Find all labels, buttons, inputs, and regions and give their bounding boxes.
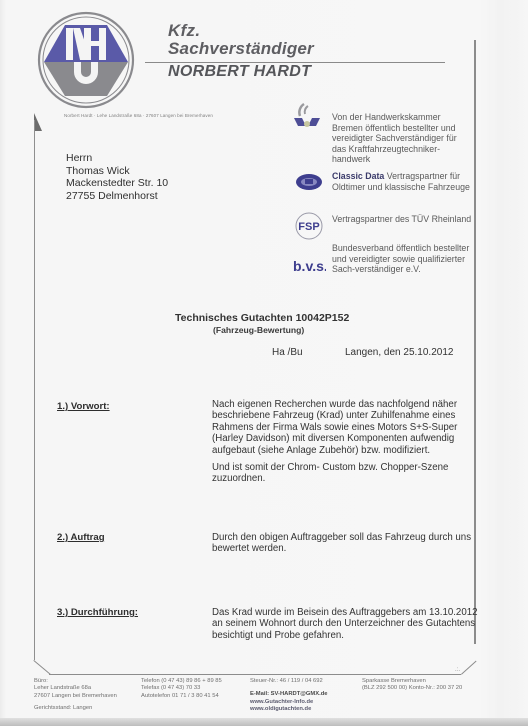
svg-text:FSP: FSP [298,221,319,233]
frame-wedge [34,113,42,131]
nh-logo-icon [28,10,148,110]
section-label-auftrag: 2.) Auftrag [57,532,105,543]
footer-phone: Telefon (0 47 43) 89 86 + 89 85 Telefax … [141,678,222,700]
corner-dots: .:. [455,667,460,673]
document-place-date: Langen, den 25.10.2012 [345,347,453,358]
brand-divider [145,62,445,63]
frame-corner-bottom-right [461,661,477,675]
frame-bottom-line [49,674,461,675]
section-body-auftrag: Durch den obigen Auftraggeber soll das F… [212,532,482,561]
section-body-durchfuehrung: Das Krad wurde im Beisein des Auftraggeb… [212,607,482,647]
document-title: Technisches Gutachten 10042P152 [175,312,349,324]
footer-address: Büro: Leher Landstraße 68a 27607 Langen … [34,678,117,712]
fsp-icon: FSP [290,212,326,242]
credential-bold: Classic Data [332,171,384,181]
sender-return-address: Norbert Hardt · Lehe Landstraße 68a · 27… [64,113,213,118]
page-edge-shadow [0,718,528,726]
brand-kfz: Kfz. [168,22,314,39]
footer-bank: Sparkasse Bremerhaven (BLZ 292 500 00) K… [362,678,462,693]
footer-contact: Steuer-Nr.: 46 / 119 / 04 692 E-Mail: SV… [250,678,327,713]
credential-text: Vertragspartner des TÜV Rheinland [332,214,472,225]
section-paragraph: Und ist somit der Chrom- Custom bzw. Cho… [212,462,482,485]
section-paragraph: Durch den obigen Auftraggeber soll das F… [212,532,482,555]
section-paragraph: Das Krad wurde im Beisein des Auftraggeb… [212,607,482,641]
credential-text: Bundesverband öffentlich bestellter und … [332,243,472,275]
document-subtitle: (Fahrzeug-Bewertung) [213,325,304,335]
recipient-salutation: Herrn [66,152,168,165]
frame-left-line [34,120,35,660]
section-body-vorwort: Nach eigenen Recherchen wurde das nachfo… [212,399,482,491]
frame-corner-bottom-left [33,660,50,675]
section-label-vorwort: 1.) Vorwort: [57,401,110,412]
svg-text:b.v.s.: b.v.s. [293,258,326,274]
section-label-durchfuehrung: 3.) Durchführung: [57,607,138,618]
letter-page: Kfz. Sachverständiger NORBERT HARDT .:. … [0,0,528,726]
credential-text: Von der Handwerkskammer Bremen öffentlic… [332,112,472,165]
handwerkskammer-icon [290,100,326,130]
footer-web-link[interactable]: www.Gutachter-Info.de [250,699,327,706]
classic-data-icon [290,172,326,202]
brand-name: NORBERT HARDT [168,62,314,82]
footer-email-link[interactable]: E-Mail: SV-HARDT@GMX.de [250,691,327,698]
recipient-address: Herrn Thomas Wick Mackenstedter Str. 10 … [66,152,168,202]
recipient-city: 27755 Delmenhorst [66,190,168,203]
footer-tax-number: Steuer-Nr.: 46 / 119 / 04 692 [250,678,327,685]
footer-web-link[interactable]: www.oldigutachten.de [250,706,327,713]
recipient-name: Thomas Wick [66,165,168,178]
bvs-icon: b.v.s. [290,251,326,281]
document-reference: Ha /Bu [272,347,303,358]
recipient-street: Mackenstedter Str. 10 [66,177,168,190]
brand-sachverstaendiger: Sachverständiger [168,39,314,58]
brand-block: Kfz. Sachverständiger NORBERT HARDT [168,22,314,82]
section-paragraph: Nach eigenen Recherchen wurde das nachfo… [212,399,482,456]
credential-text: Classic Data Vertragspartner für Oldtime… [332,171,472,192]
